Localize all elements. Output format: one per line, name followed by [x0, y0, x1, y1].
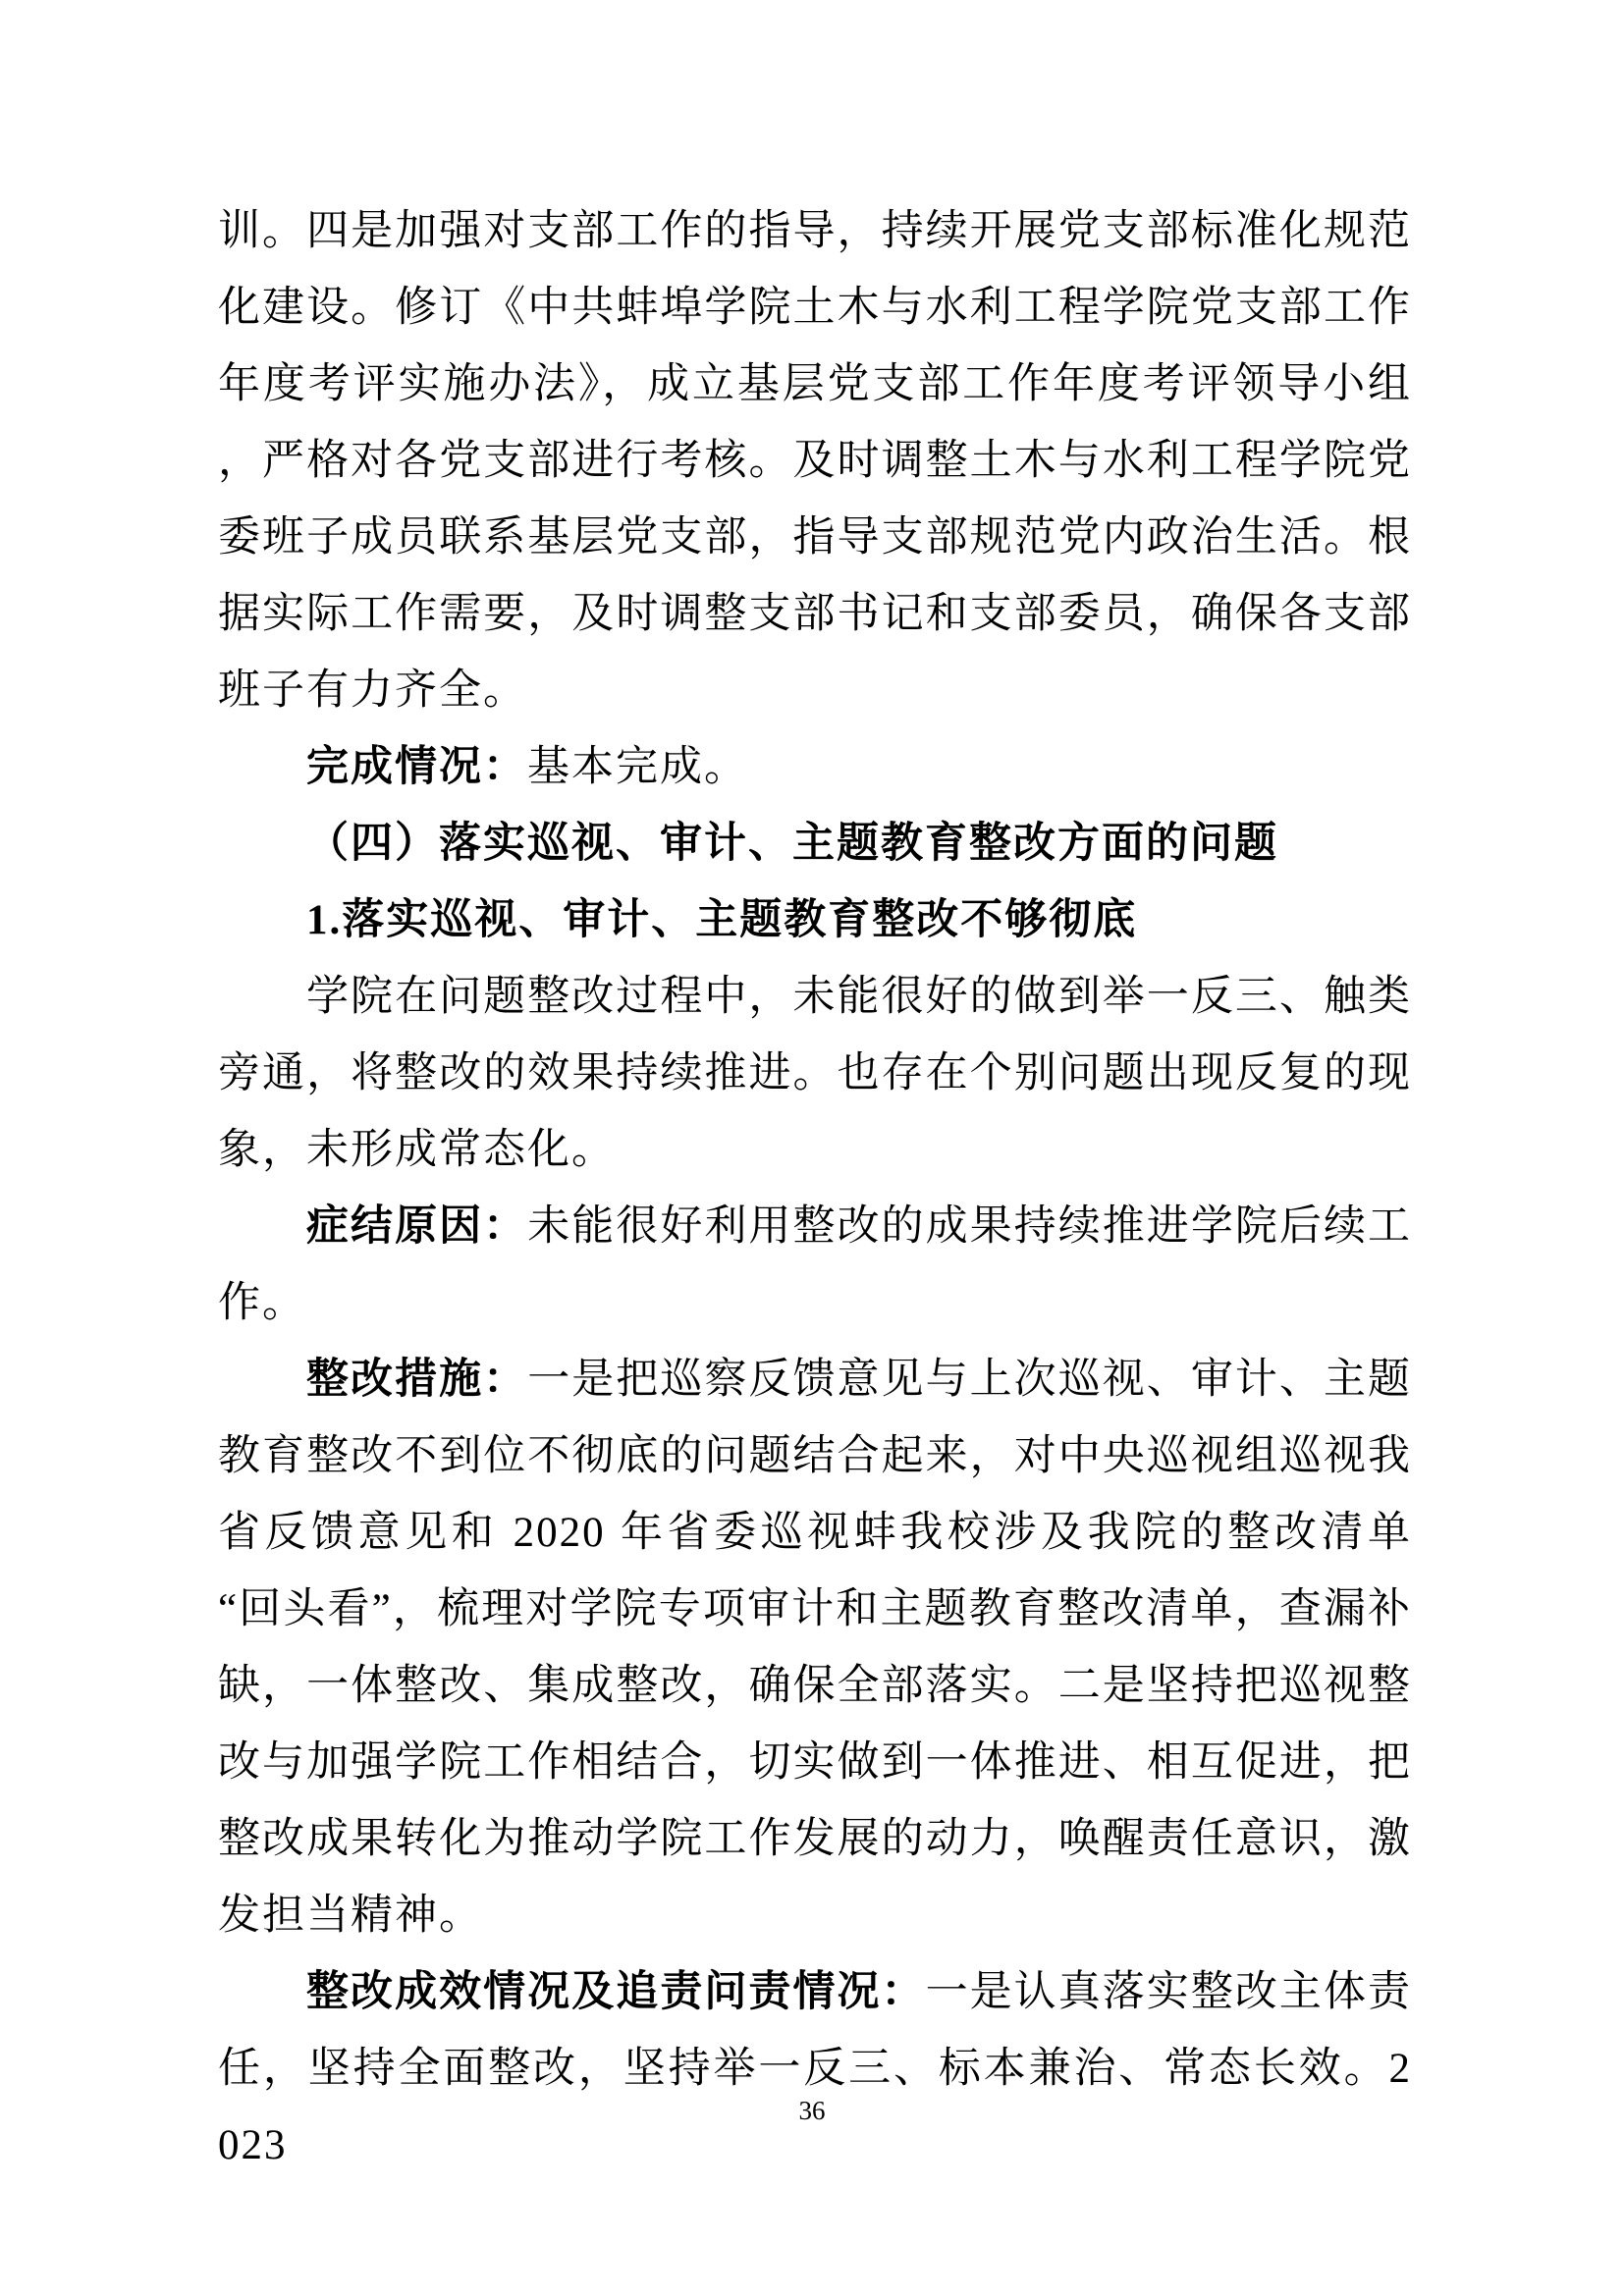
- page-number: 36: [0, 2095, 1624, 2126]
- paragraph-root-cause: 症结原因：未能很好利用整改的成果持续推进学院后续工作。: [218, 1189, 1412, 1342]
- heading-text: （四）落实巡视、审计、主题教育整改方面的问题: [306, 821, 1278, 867]
- heading-section-4: （四）落实巡视、审计、主题教育整改方面的问题: [218, 806, 1412, 882]
- page-body: 训。四是加强对支部工作的指导，持续开展党支部标准化规范化建设。修订《中共蚌埠学院…: [218, 193, 1412, 2184]
- paragraph-text: 学院在问题整改过程中，未能很好的做到举一反三、触类旁通，将整改的效果持续推进。也…: [218, 974, 1412, 1173]
- label-completion-status: 完成情况：: [306, 744, 527, 790]
- label-rectification-results: 整改成效情况及追责问责情况：: [306, 1969, 926, 2015]
- paragraph-text: 一是把巡察反馈意见与上次巡视、审计、主题教育整改不到位不彻底的问题结合起来，对中…: [218, 1357, 1412, 1939]
- paragraph-rectification-measures: 整改措施：一是把巡察反馈意见与上次巡视、审计、主题教育整改不到位不彻底的问题结合…: [218, 1342, 1412, 1954]
- paragraph-problem-description: 学院在问题整改过程中，未能很好的做到举一反三、触类旁通，将整改的效果持续推进。也…: [218, 959, 1412, 1189]
- paragraph-text: 基本完成。: [527, 744, 748, 790]
- heading-item-1: 1.落实巡视、审计、主题教育整改不够彻底: [218, 882, 1412, 959]
- label-rectification-measures: 整改措施：: [306, 1357, 527, 1403]
- label-root-cause: 症结原因：: [306, 1203, 527, 1250]
- paragraph-text: 训。四是加强对支部工作的指导，持续开展党支部标准化规范化建设。修订《中共蚌埠学院…: [218, 208, 1412, 714]
- paragraph-rectification-results: 整改成效情况及追责问责情况：一是认真落实整改主体责任，坚持全面整改，坚持举一反三…: [218, 1954, 1412, 2184]
- paragraph-continuation: 训。四是加强对支部工作的指导，持续开展党支部标准化规范化建设。修订《中共蚌埠学院…: [218, 193, 1412, 729]
- heading-text: 1.落实巡视、审计、主题教育整改不够彻底: [306, 897, 1137, 943]
- paragraph-completion-status: 完成情况：基本完成。: [218, 729, 1412, 806]
- document-page: 训。四是加强对支部工作的指导，持续开展党支部标准化规范化建设。修订《中共蚌埠学院…: [0, 0, 1624, 2296]
